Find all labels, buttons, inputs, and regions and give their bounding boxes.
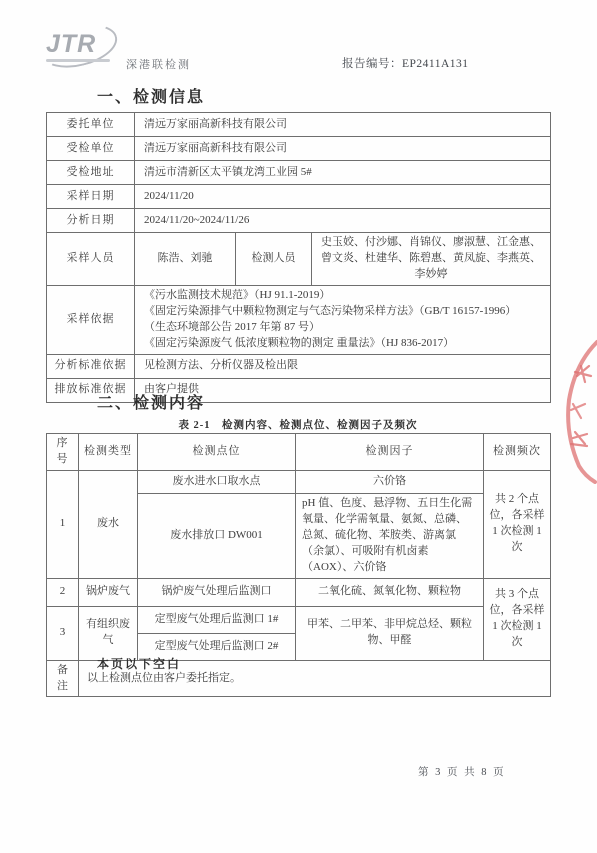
page-header: JTR 深港联检测 报告编号：EP2411A131 (0, 30, 551, 80)
blank-below-note: 本页以下空白 (97, 655, 181, 672)
row2-frequency: 共 3 个点位，各采样 1 次检测 1 次 (484, 578, 551, 660)
testing-personnel-label: 检测人员 (236, 233, 312, 286)
basis-line: 《固定污染源废气 低浓度颗粒物的测定 重量法》（HJ 836-2017） (144, 336, 545, 352)
table2-caption: 表 2-1 检测内容、检测点位、检测因子及频次 (46, 417, 550, 432)
table-row: 3 有组织废气 定型废气处理后监测口 1# 甲苯、二甲苯、非甲烷总烃、颗粒物、甲… (47, 606, 551, 633)
info-value: 清远万家丽高新科技有限公司 (135, 113, 551, 137)
table-row: 1 废水 废水进水口取水点 六价铬 共 2 个点位，各采样 1 次检测 1 次 (47, 470, 551, 493)
table-row: 受检单位 清远万家丽高新科技有限公司 (47, 137, 551, 161)
jtr-logo: JTR (46, 32, 116, 74)
row1-no: 1 (47, 470, 79, 578)
info-label: 分析日期 (47, 209, 135, 233)
table-row: 受检地址 清远市清新区太平镇龙湾工业园 5# (47, 161, 551, 185)
info-value: 2024/11/20~2024/11/26 (135, 209, 551, 233)
brand-name: 深港联检测 (126, 56, 191, 72)
row2-type: 锅炉废气 (79, 578, 138, 606)
basis-line: 《污水监测技术规范》（HJ 91.1-2019） (144, 288, 545, 304)
analysis-basis-label: 分析标准依据 (47, 354, 135, 378)
col-header-factor: 检测因子 (296, 434, 484, 471)
row1-frequency: 共 2 个点位，各采样 1 次检测 1 次 (484, 470, 551, 578)
row3-point-a: 定型废气处理后监测口 1# (138, 606, 296, 633)
info-table: 委托单位 清远万家丽高新科技有限公司 受检单位 清远万家丽高新科技有限公司 受检… (46, 112, 551, 403)
row3-factor: 甲苯、二甲苯、非甲烷总烃、颗粒物、甲醛 (296, 606, 484, 660)
basis-line: （生态环境部公告 2017 年第 87 号） (144, 320, 545, 336)
info-label: 受检地址 (47, 161, 135, 185)
report-number-value: EP2411A131 (402, 58, 469, 70)
red-seal-fragment-icon (561, 338, 597, 484)
table-row: 2 锅炉废气 锅炉废气处理后监测口 二氧化硫、氮氧化物、颗粒物 共 3 个点位，… (47, 578, 551, 606)
table-row: 分析标准依据 见检测方法、分析仪器及检出限 (47, 354, 551, 378)
basis-line: 《固定污染源排气中颗粒物测定与气态污染物采样方法》（GB/T 16157-199… (144, 304, 545, 320)
table-header-row: 序号 检测类型 检测点位 检测因子 检测频次 (47, 434, 551, 471)
analysis-basis-value: 见检测方法、分析仪器及检出限 (135, 354, 551, 378)
sampling-basis-value: 《污水监测技术规范》（HJ 91.1-2019） 《固定污染源排气中颗粒物测定与… (135, 285, 551, 354)
row1-type: 废水 (79, 470, 138, 578)
table-row: 采样日期 2024/11/20 (47, 185, 551, 209)
col-header-frequency: 检测频次 (484, 434, 551, 471)
section1-title: 一、检测信息 (97, 84, 205, 107)
logo-swoosh-icon (36, 17, 121, 75)
report-page: JTR 深港联检测 报告编号：EP2411A131 一、检测信息 委托单位 清远… (0, 0, 597, 853)
info-value: 2024/11/20 (135, 185, 551, 209)
col-header-type: 检测类型 (79, 434, 138, 471)
info-label: 委托单位 (47, 113, 135, 137)
logo-subtext-line (46, 59, 110, 62)
testing-personnel-value: 史玉姣、付沙娜、肖锦仪、廖淑慧、江金惠、曾文炎、杜建华、陈碧惠、黄凤旋、李燕英、… (312, 233, 551, 286)
info-label: 采样日期 (47, 185, 135, 209)
row1-point-b: 废水排放口 DW001 (138, 493, 296, 578)
row3-type: 有组织废气 (79, 606, 138, 660)
sampling-personnel-label: 采样人员 (47, 233, 135, 286)
sampling-personnel-value: 陈浩、刘驰 (135, 233, 236, 286)
info-label: 受检单位 (47, 137, 135, 161)
row3-no: 3 (47, 606, 79, 660)
report-number: 报告编号：EP2411A131 (342, 55, 469, 71)
row2-factor: 二氧化硫、氮氧化物、颗粒物 (296, 578, 484, 606)
row2-point: 锅炉废气处理后监测口 (138, 578, 296, 606)
table-row: 采样人员 陈浩、刘驰 检测人员 史玉姣、付沙娜、肖锦仪、廖淑慧、江金惠、曾文炎、… (47, 233, 551, 286)
row2-no: 2 (47, 578, 79, 606)
table-row: 分析日期 2024/11/20~2024/11/26 (47, 209, 551, 233)
table-row: 采样依据 《污水监测技术规范》（HJ 91.1-2019） 《固定污染源排气中颗… (47, 285, 551, 354)
info-value: 清远万家丽高新科技有限公司 (135, 137, 551, 161)
row1-factor-a: 六价铬 (296, 470, 484, 493)
section2-title: 二、检测内容 (97, 390, 205, 413)
col-header-point: 检测点位 (138, 434, 296, 471)
info-value: 清远市清新区太平镇龙湾工业园 5# (135, 161, 551, 185)
sampling-basis-label: 采样依据 (47, 285, 135, 354)
row1-point-a: 废水进水口取水点 (138, 470, 296, 493)
report-number-label: 报告编号： (342, 58, 402, 70)
table-row: 委托单位 清远万家丽高新科技有限公司 (47, 113, 551, 137)
page-number: 第 3 页 共 8 页 (418, 764, 506, 779)
remark-label: 备注 (47, 660, 79, 697)
row1-factor-b: pH 值、色度、悬浮物、五日生化需氧量、化学需氧量、氨氮、总磷、总氮、硫化物、苯… (296, 493, 484, 578)
col-header-no: 序号 (47, 434, 79, 471)
